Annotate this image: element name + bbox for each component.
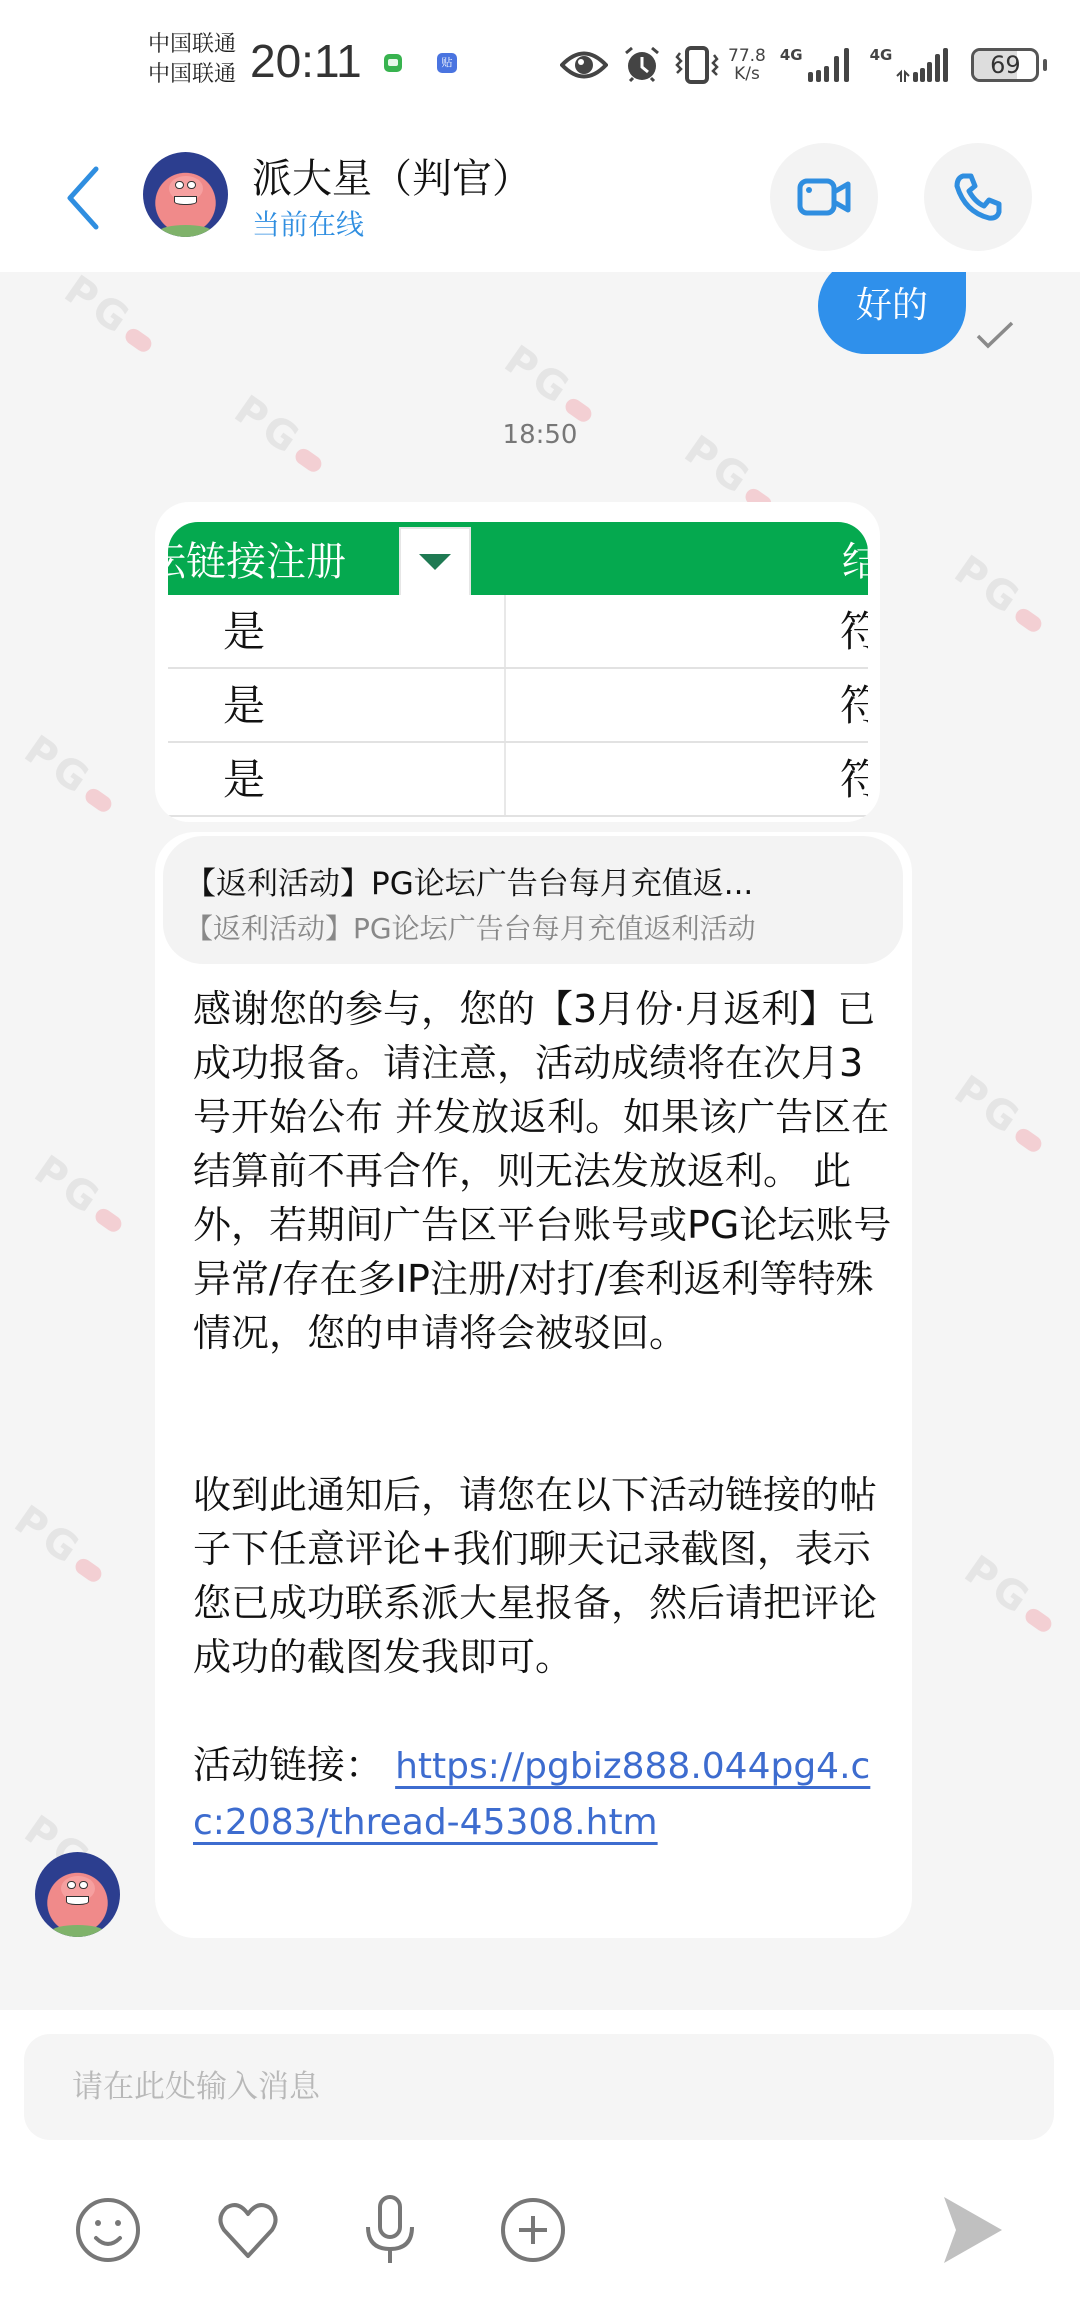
net-speed: 77.8 K/s [728, 47, 766, 83]
emoji-icon [74, 2196, 142, 2264]
composer [0, 2010, 1080, 2310]
emoji-button[interactable] [68, 2190, 148, 2270]
chevron-left-icon [60, 163, 110, 233]
sheet-row: 是 符 [168, 669, 868, 743]
message-input[interactable] [24, 2034, 1054, 2140]
watermark: PG [956, 1547, 1066, 1643]
filter-dropdown-icon [399, 527, 471, 597]
voice-call-button[interactable] [924, 143, 1032, 251]
send-icon [940, 2195, 1004, 2265]
alarm-icon [622, 45, 662, 85]
link-preview-title: 【返利活动】PG论坛广告台每月充值返... [185, 858, 903, 903]
signal-icon: 4G [780, 46, 852, 84]
watermark: PG [26, 1147, 136, 1243]
heart-icon [216, 2200, 280, 2260]
carrier-2: 中国联通 [148, 60, 236, 90]
carrier-labels: 中国联通 中国联通 [148, 30, 236, 90]
watermark: PG [946, 1067, 1056, 1163]
add-icon [499, 2196, 567, 2264]
video-camera-icon [796, 175, 852, 219]
watermark: PG [946, 547, 1056, 643]
back-button[interactable] [60, 163, 110, 233]
chat-header: 派大星（判官） 当前在线 [0, 125, 1080, 272]
message-paragraph: 感谢您的参与，您的【3月份·月返利】已成功报备。请注意，活动成绩将在次月3号开始… [193, 982, 893, 1360]
status-icons: 77.8 K/s 4G 4G 69 [560, 40, 1047, 90]
chat-area[interactable]: PG PG PG PG PG PG PG PG PG PG PG 好的 18:5… [0, 272, 1080, 2010]
spreadsheet-screenshot: 坛链接注册 结 是 符 是 符 是 符 [168, 522, 868, 817]
sheet-row: 是 符 [168, 595, 868, 669]
favorite-button[interactable] [208, 2190, 288, 2270]
battery-tip [1043, 59, 1047, 71]
contact-name: 派大星（判官） [252, 147, 532, 204]
sheet-row: 是 符 [168, 743, 868, 817]
notes-app-icon: 贴 [437, 53, 457, 73]
watermark: PG [16, 727, 126, 823]
sent-check-icon [975, 320, 1015, 350]
sheet-header-cell: 结 [842, 530, 868, 587]
voice-input-button[interactable] [350, 2190, 430, 2270]
activity-link-line: 活动链接： https://pgbiz888.044pg4.cc:2083/th… [193, 1738, 893, 1850]
add-attachment-button[interactable] [493, 2190, 573, 2270]
sheet-header-cell: 坛链接注册 [168, 530, 395, 587]
sheet-header-row: 坛链接注册 结 [168, 522, 868, 595]
message-app-icon [384, 54, 402, 72]
incoming-message-bubble[interactable]: 【返利活动】PG论坛广告台每月充值返... 【返利活动】PG论坛广告台每月充值返… [155, 832, 912, 1938]
online-status: 当前在线 [252, 203, 364, 243]
message-timestamp: 18:50 [0, 420, 1080, 450]
status-time: 20:11 [250, 34, 362, 88]
contact-avatar[interactable] [143, 152, 228, 237]
status-bar: 中国联通 中国联通 20:11 贴 77.8 K/s 4G 4G 69 [0, 0, 1080, 125]
watermark: PG [6, 1497, 116, 1593]
send-button[interactable] [932, 2190, 1012, 2270]
link-preview-card[interactable]: 【返利活动】PG论坛广告台每月充值返... 【返利活动】PG论坛广告台每月充值返… [163, 836, 903, 964]
sender-avatar[interactable] [35, 1852, 120, 1937]
image-message[interactable]: 坛链接注册 结 是 符 是 符 是 符 [155, 502, 880, 822]
eye-icon [560, 48, 608, 82]
signal-icon: 4G [870, 46, 950, 84]
outgoing-message-bubble[interactable]: 好的 [818, 272, 966, 354]
microphone-icon [362, 2195, 418, 2265]
vibrate-icon [674, 45, 720, 85]
watermark: PG [56, 272, 166, 363]
message-text: 感谢您的参与，您的【3月份·月返利】已成功报备。请注意，活动成绩将在次月3号开始… [193, 982, 893, 1850]
link-preview-subtitle: 【返利活动】PG论坛广告台每月充值返利活动 [185, 907, 903, 947]
link-label: 活动链接： [193, 1743, 383, 1787]
battery-icon: 69 [971, 48, 1039, 82]
message-paragraph: 收到此通知后，请您在以下活动链接的帖子下任意评论+我们聊天记录截图，表示您已成功… [193, 1468, 893, 1684]
watermark: PG [496, 337, 606, 433]
phone-icon [953, 172, 1003, 222]
carrier-1: 中国联通 [148, 30, 236, 60]
incoming-message-group: 坛链接注册 结 是 符 是 符 是 符 【返利 [155, 502, 912, 2010]
video-call-button[interactable] [770, 143, 878, 251]
